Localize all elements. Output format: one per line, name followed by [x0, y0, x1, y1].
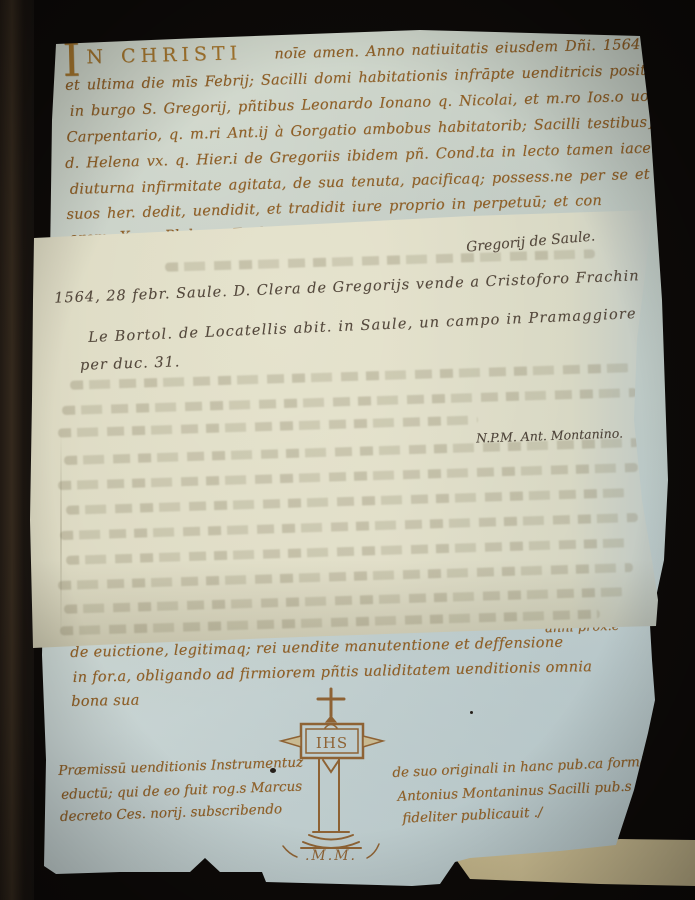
notary-initials-label: .M.M.: [305, 848, 357, 862]
note-line-1: 1564, 28 febr. Saule. D. Clera de Gregor…: [54, 267, 661, 306]
closing-right-line-2: Antonius Montaninus Sacilli pub.s: [397, 779, 632, 805]
ink-speck: [470, 711, 473, 714]
manuscript-line-bona-sua: bona sua: [71, 693, 140, 710]
manuscript-line-5: d. Helena vx. q. Hier.i de Gregoriis ibi…: [65, 140, 668, 172]
notarial-sign-ihs-icon: IHS .M.M.: [273, 686, 391, 862]
note-line-3: per duc. 31.: [80, 354, 181, 373]
ghost-writing-line: [62, 388, 637, 415]
manuscript-line-1-text: noīe amen. Anno natiuitatis eiusdem Dñi.…: [274, 34, 695, 62]
ghost-writing-line: [60, 513, 638, 540]
illuminated-initial: I: [62, 37, 82, 83]
ghost-writing-line: [58, 463, 638, 490]
photograph-dark-background: I N CHRISTI noīe amen. Anno natiuitatis …: [0, 0, 695, 900]
closing-left-line-2: eductū; qui de eo fuit rog.s Marcus: [61, 779, 303, 803]
manuscript-line-3: in burgo S. Gregorij, pñtibus Leonardo I…: [70, 88, 673, 120]
ihs-monogram: IHS: [316, 734, 348, 752]
closing-right-line-1: de suo originali in hanc pub.ca formā: [392, 754, 648, 781]
manuscript-line-obligando: in for.a, obligando ad firmiorem pñtis u…: [73, 659, 593, 686]
manuscript-line-2: et ultima die mīs Febrij; Sacilli domi h…: [65, 62, 655, 93]
closing-right-line-3: fideliter publicauit ./: [402, 804, 543, 826]
binding-seam: [0, 0, 34, 900]
closing-left-line-1: Præmissū uenditionis Instrumentuz: [58, 754, 303, 779]
manuscript-line-4: Carpentario, q. m.ri Ant.ij à Gorgatio a…: [66, 114, 657, 145]
ghost-writing-line: [165, 249, 595, 272]
ghost-writing-line: [58, 415, 478, 437]
ink-speck: [270, 768, 276, 773]
note-line-2: Le Bortol. de Locatellis abit. in Saule,…: [88, 306, 637, 346]
ghost-writing-line: [66, 488, 626, 515]
closing-left-line-3: decreto Ces. norij. subscribendo: [60, 801, 283, 825]
invocation-caps: N CHRISTI: [86, 42, 242, 68]
